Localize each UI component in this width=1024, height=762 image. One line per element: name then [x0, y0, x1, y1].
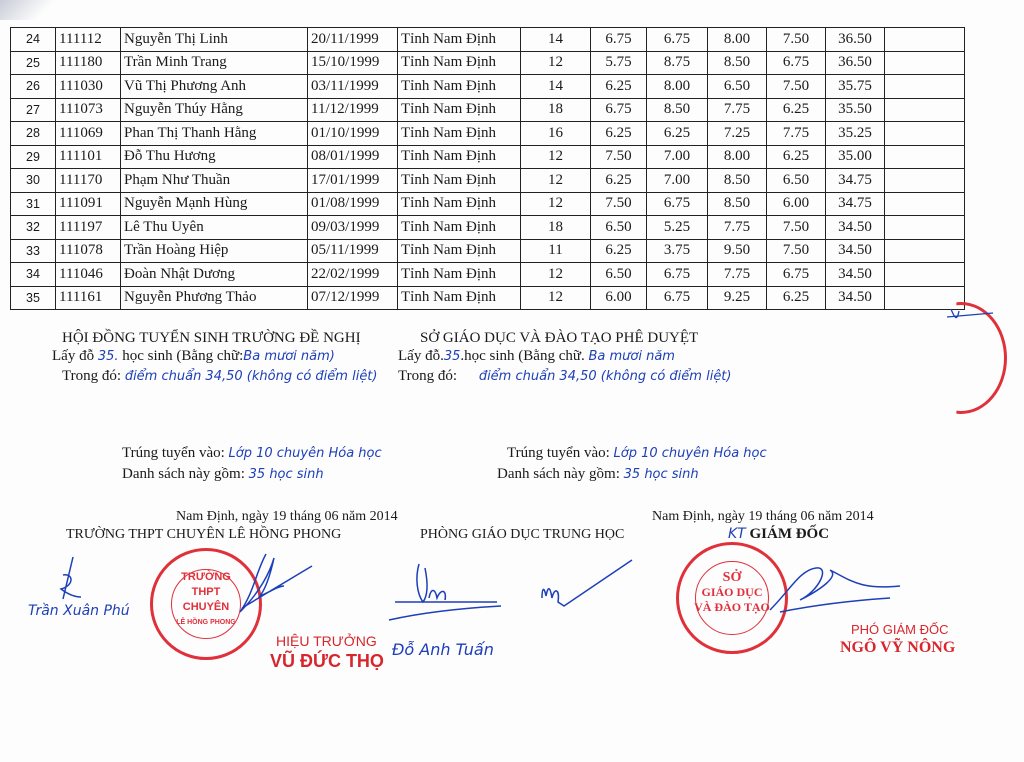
row-number: 24	[11, 28, 56, 52]
department-list-line: Danh sách này gồm: 35 học sinh	[497, 465, 699, 484]
edge-stamp-signature	[945, 305, 995, 325]
table-row: 27111073Nguyễn Thúy Hằng11/12/1999Tỉnh N…	[11, 98, 965, 122]
score-cell: 9.25	[708, 286, 767, 310]
candidate-id: 111069	[56, 122, 121, 146]
signer1-name: Trần Xuân Phú	[28, 602, 130, 621]
row-number: 26	[11, 75, 56, 99]
signer3-name: Đỗ Anh Tuấn	[392, 640, 494, 659]
row-number: 33	[11, 239, 56, 263]
department-take-suffix: .học sinh (Bằng chữ.	[460, 348, 584, 364]
score-cell: 7.75	[708, 98, 767, 122]
table-row: 33111078Trần Hoàng Hiệp05/11/1999Tỉnh Na…	[11, 239, 965, 263]
total-score: 34.50	[826, 216, 885, 240]
table-row: 29111101Đỗ Thu Hương08/01/1999Tỉnh Nam Đ…	[11, 145, 965, 169]
score-cell: 14	[521, 28, 591, 52]
scan-edge-shadow	[0, 0, 60, 20]
score-cell: 7.50	[591, 192, 647, 216]
total-score: 36.50	[826, 51, 885, 75]
score-cell: 18	[521, 216, 591, 240]
table-row: 26111030Vũ Thị Phương Anh03/11/1999Tỉnh …	[11, 75, 965, 99]
council-take-words: Ba mươi năm)	[243, 349, 335, 364]
department-admit-label: Trúng tuyển vào:	[507, 445, 610, 461]
row-number: 27	[11, 98, 56, 122]
note-cell	[885, 75, 965, 99]
date-of-birth: 09/03/1999	[308, 216, 398, 240]
score-cell: 6.75	[647, 263, 708, 287]
results-table: 24111112Nguyễn Thị Linh20/11/1999Tỉnh Na…	[10, 27, 965, 310]
score-cell: 6.25	[591, 239, 647, 263]
row-number: 29	[11, 145, 56, 169]
table-row: 30111170Phạm Như Thuần17/01/1999Tỉnh Nam…	[11, 169, 965, 193]
score-cell: 7.00	[647, 169, 708, 193]
total-score: 34.75	[826, 169, 885, 193]
score-cell: 7.50	[767, 239, 826, 263]
score-cell: 6.25	[647, 122, 708, 146]
right-date: Nam Định, ngày 19 tháng 06 năm 2014	[652, 507, 874, 526]
score-cell: 12	[521, 169, 591, 193]
total-score: 34.75	[826, 192, 885, 216]
office-signature	[385, 558, 505, 628]
office-initial-signature	[540, 558, 635, 618]
principal-name: VŨ ĐỨC THỌ	[270, 652, 384, 671]
director-title: GIÁM ĐỐC	[749, 526, 829, 542]
row-number: 25	[11, 51, 56, 75]
student-name: Nguyễn Thị Linh	[121, 28, 308, 52]
score-cell: 6.75	[591, 98, 647, 122]
date-of-birth: 07/12/1999	[308, 286, 398, 310]
candidate-id: 111091	[56, 192, 121, 216]
note-cell	[885, 239, 965, 263]
total-score: 34.50	[826, 239, 885, 263]
council-take-suffix: học sinh (Bằng chữ:	[122, 348, 243, 364]
score-cell: 12	[521, 51, 591, 75]
row-number: 30	[11, 169, 56, 193]
row-number: 28	[11, 122, 56, 146]
score-cell: 6.25	[591, 169, 647, 193]
birthplace: Tỉnh Nam Định	[398, 98, 521, 122]
score-cell: 7.00	[647, 145, 708, 169]
table-row: 34111046Đoàn Nhật Dương22/02/1999Tỉnh Na…	[11, 263, 965, 287]
score-cell: 6.50	[767, 169, 826, 193]
note-cell	[885, 169, 965, 193]
score-cell: 8.50	[708, 51, 767, 75]
council-admit-line: Trúng tuyển vào: Lớp 10 chuyên Hóa học	[122, 444, 382, 463]
director-signature	[760, 560, 910, 620]
table-row: 31111091Nguyễn Mạnh Hùng01/08/1999Tỉnh N…	[11, 192, 965, 216]
date-of-birth: 01/08/1999	[308, 192, 398, 216]
department-admit-value: Lớp 10 chuyên Hóa học	[614, 446, 767, 461]
birthplace: Tỉnh Nam Định	[398, 51, 521, 75]
score-cell: 6.25	[591, 75, 647, 99]
council-take-prefix: Lấy đỗ	[52, 348, 94, 364]
score-cell: 6.00	[767, 192, 826, 216]
date-of-birth: 17/01/1999	[308, 169, 398, 193]
department-take-prefix: Lấy đỗ.	[398, 348, 444, 364]
student-name: Phan Thị Thanh Hằng	[121, 122, 308, 146]
score-cell: 11	[521, 239, 591, 263]
date-of-birth: 03/11/1999	[308, 75, 398, 99]
council-admit-value: Lớp 10 chuyên Hóa học	[229, 446, 382, 461]
birthplace: Tỉnh Nam Định	[398, 216, 521, 240]
score-cell: 3.75	[647, 239, 708, 263]
score-cell: 14	[521, 75, 591, 99]
score-cell: 6.25	[767, 286, 826, 310]
signature-1-mark	[55, 555, 85, 605]
secondary-office-name: PHÒNG GIÁO DỤC TRUNG HỌC	[420, 525, 624, 544]
score-cell: 8.00	[647, 75, 708, 99]
candidate-id: 111197	[56, 216, 121, 240]
note-cell	[885, 51, 965, 75]
date-of-birth: 01/10/1999	[308, 122, 398, 146]
row-number: 32	[11, 216, 56, 240]
note-cell	[885, 145, 965, 169]
date-of-birth: 11/12/1999	[308, 98, 398, 122]
row-number: 31	[11, 192, 56, 216]
date-of-birth: 15/10/1999	[308, 51, 398, 75]
score-cell: 8.75	[647, 51, 708, 75]
total-score: 34.50	[826, 263, 885, 287]
birthplace: Tỉnh Nam Định	[398, 145, 521, 169]
score-cell: 5.75	[591, 51, 647, 75]
total-score: 35.75	[826, 75, 885, 99]
score-cell: 16	[521, 122, 591, 146]
score-cell: 6.25	[767, 145, 826, 169]
score-cell: 8.00	[708, 28, 767, 52]
score-cell: 7.75	[708, 216, 767, 240]
score-cell: 8.50	[647, 98, 708, 122]
score-cell: 7.25	[708, 122, 767, 146]
council-title: HỘI ĐỒNG TUYỂN SINH TRƯỜNG ĐỀ NGHỊ	[62, 329, 361, 348]
council-admit-label: Trúng tuyển vào:	[122, 445, 225, 461]
department-admit-line: Trúng tuyển vào: Lớp 10 chuyên Hóa học	[507, 444, 767, 463]
candidate-id: 111112	[56, 28, 121, 52]
row-number: 34	[11, 263, 56, 287]
deputy-title: PHÓ GIÁM ĐỐC	[851, 620, 949, 639]
score-cell: 6.75	[647, 28, 708, 52]
score-cell: 6.50	[591, 216, 647, 240]
birthplace: Tỉnh Nam Định	[398, 263, 521, 287]
director-heading: KT GIÁM ĐỐC	[728, 525, 829, 544]
student-name: Trần Minh Trang	[121, 51, 308, 75]
score-cell: 12	[521, 145, 591, 169]
total-score: 36.50	[826, 28, 885, 52]
score-cell: 6.75	[767, 51, 826, 75]
candidate-id: 111161	[56, 286, 121, 310]
department-title: SỞ GIÁO DỤC VÀ ĐÀO TẠO PHÊ DUYỆT	[420, 329, 698, 348]
score-cell: 6.50	[708, 75, 767, 99]
birthplace: Tỉnh Nam Định	[398, 169, 521, 193]
council-take-line: Lấy đỗ 35. học sinh (Bằng chữ:Ba mươi nă…	[52, 347, 335, 366]
note-cell	[885, 216, 965, 240]
birthplace: Tỉnh Nam Định	[398, 75, 521, 99]
principal-signature	[230, 552, 320, 622]
note-cell	[885, 28, 965, 52]
kt-mark: KT	[728, 526, 746, 542]
table-row: 32111197Lê Thu Uyên09/03/1999Tỉnh Nam Đị…	[11, 216, 965, 240]
department-take-count: 35	[444, 349, 461, 364]
table-row: 24111112Nguyễn Thị Linh20/11/1999Tỉnh Na…	[11, 28, 965, 52]
department-list-label: Danh sách này gồm:	[497, 466, 620, 482]
date-of-birth: 22/02/1999	[308, 263, 398, 287]
score-cell: 7.50	[767, 216, 826, 240]
score-cell: 6.50	[591, 263, 647, 287]
score-cell: 7.50	[767, 75, 826, 99]
candidate-id: 111180	[56, 51, 121, 75]
student-name: Đoàn Nhật Dương	[121, 263, 308, 287]
candidate-id: 111101	[56, 145, 121, 169]
score-cell: 12	[521, 286, 591, 310]
results-table-body: 24111112Nguyễn Thị Linh20/11/1999Tỉnh Na…	[11, 28, 965, 310]
student-name: Lê Thu Uyên	[121, 216, 308, 240]
department-list-value: 35 học sinh	[624, 467, 699, 482]
total-score: 35.25	[826, 122, 885, 146]
council-list-value: 35 học sinh	[249, 467, 324, 482]
total-score: 34.50	[826, 286, 885, 310]
council-among-line: Trong đó: điểm chuẩn 34,50 (không có điể…	[62, 367, 377, 386]
student-name: Trần Hoàng Hiệp	[121, 239, 308, 263]
total-score: 35.00	[826, 145, 885, 169]
score-cell: 6.25	[591, 122, 647, 146]
principal-title: HIỆU TRƯỞNG	[276, 632, 377, 651]
birthplace: Tỉnh Nam Định	[398, 122, 521, 146]
department-among-line: Trong đó: điểm chuẩn 34,50 (không có điể…	[398, 367, 731, 386]
score-cell: 7.75	[767, 122, 826, 146]
score-cell: 8.50	[708, 169, 767, 193]
department-take-line: Lấy đỗ.35.học sinh (Bằng chữ. Ba mươi nă…	[398, 347, 675, 366]
candidate-id: 111078	[56, 239, 121, 263]
note-cell	[885, 122, 965, 146]
department-among-value: điểm chuẩn 34,50 (không có điểm liệt)	[479, 369, 732, 384]
note-cell	[885, 263, 965, 287]
council-list-line: Danh sách này gồm: 35 học sinh	[122, 465, 324, 484]
total-score: 35.50	[826, 98, 885, 122]
score-cell: 12	[521, 263, 591, 287]
note-cell	[885, 192, 965, 216]
score-cell: 6.75	[767, 263, 826, 287]
birthplace: Tỉnh Nam Định	[398, 28, 521, 52]
table-row: 35111161Nguyễn Phương Thảo07/12/1999Tỉnh…	[11, 286, 965, 310]
date-of-birth: 05/11/1999	[308, 239, 398, 263]
date-of-birth: 08/01/1999	[308, 145, 398, 169]
student-name: Vũ Thị Phương Anh	[121, 75, 308, 99]
score-cell: 6.75	[647, 286, 708, 310]
student-name: Nguyễn Phương Thảo	[121, 286, 308, 310]
department-take-words: Ba mươi năm	[588, 349, 675, 364]
row-number: 35	[11, 286, 56, 310]
candidate-id: 111170	[56, 169, 121, 193]
date-of-birth: 20/11/1999	[308, 28, 398, 52]
student-name: Nguyễn Thúy Hằng	[121, 98, 308, 122]
candidate-id: 111030	[56, 75, 121, 99]
score-cell: 18	[521, 98, 591, 122]
council-list-label: Danh sách này gồm:	[122, 466, 245, 482]
birthplace: Tỉnh Nam Định	[398, 192, 521, 216]
score-cell: 7.50	[591, 145, 647, 169]
deputy-name: NGÔ VỸ NÔNG	[840, 638, 955, 657]
council-take-count: 35.	[98, 349, 119, 364]
table-row: 25111180Trần Minh Trang15/10/1999Tỉnh Na…	[11, 51, 965, 75]
note-cell	[885, 98, 965, 122]
score-cell: 6.75	[647, 192, 708, 216]
score-cell: 6.00	[591, 286, 647, 310]
birthplace: Tỉnh Nam Định	[398, 239, 521, 263]
table-row: 28111069Phan Thị Thanh Hằng01/10/1999Tỉn…	[11, 122, 965, 146]
score-cell: 12	[521, 192, 591, 216]
student-name: Phạm Như Thuần	[121, 169, 308, 193]
left-date: Nam Định, ngày 19 tháng 06 năm 2014	[176, 507, 398, 526]
score-cell: 5.25	[647, 216, 708, 240]
score-cell: 8.50	[708, 192, 767, 216]
council-among-value: điểm chuẩn 34,50 (không có điểm liệt)	[125, 369, 378, 384]
score-cell: 6.75	[591, 28, 647, 52]
score-cell: 9.50	[708, 239, 767, 263]
candidate-id: 111046	[56, 263, 121, 287]
school-name: TRƯỜNG THPT CHUYÊN LÊ HỒNG PHONG	[66, 525, 341, 544]
score-cell: 7.50	[767, 28, 826, 52]
candidate-id: 111073	[56, 98, 121, 122]
score-cell: 6.25	[767, 98, 826, 122]
score-cell: 7.75	[708, 263, 767, 287]
student-name: Đỗ Thu Hương	[121, 145, 308, 169]
birthplace: Tỉnh Nam Định	[398, 286, 521, 310]
score-cell: 8.00	[708, 145, 767, 169]
department-among-label: Trong đó:	[398, 368, 457, 384]
council-among-label: Trong đó:	[62, 368, 121, 384]
student-name: Nguyễn Mạnh Hùng	[121, 192, 308, 216]
